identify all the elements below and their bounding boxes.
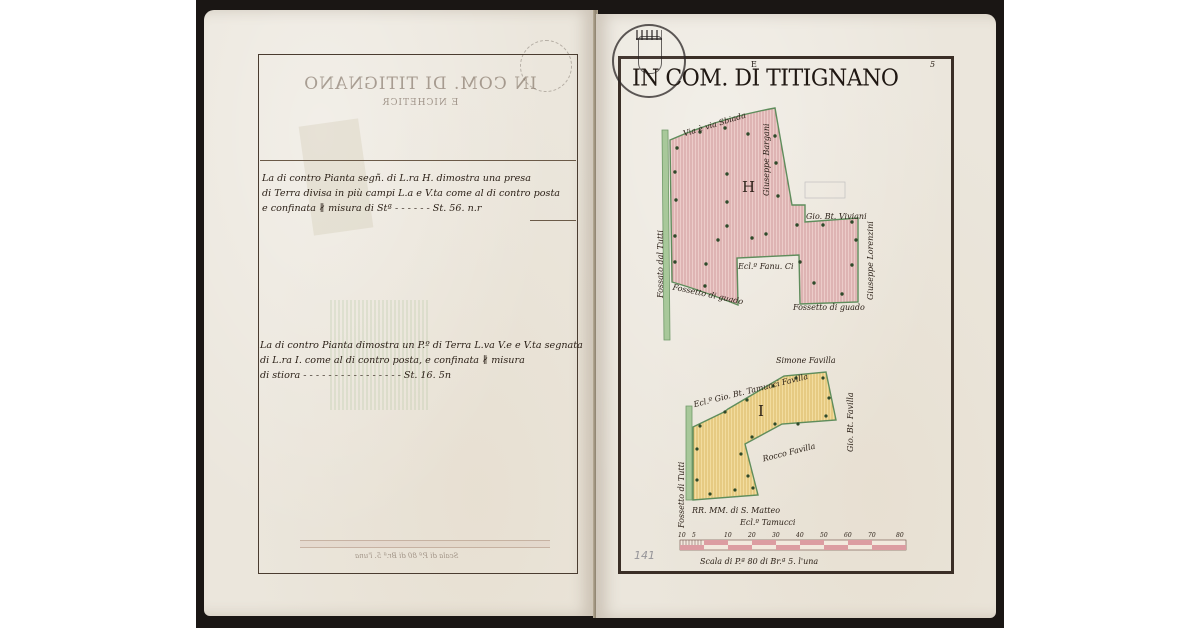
pencil-folio-number: 141 bbox=[634, 549, 655, 562]
cadastral-map bbox=[0, 0, 1200, 628]
label-H-right-top: Giuseppe Bargani bbox=[762, 123, 771, 196]
label-H-right: Giuseppe Lorenzini bbox=[866, 221, 875, 300]
label-H-bottom-right: Fossetto di guado bbox=[793, 303, 865, 312]
label-I-bottom-left: RR. MM. di S. Matteo bbox=[692, 506, 780, 515]
scale-tick: 50 bbox=[820, 532, 828, 539]
label-I-right: Gio. Bt. Favilla bbox=[846, 392, 855, 452]
label-I-left: Fossetto di Tutti bbox=[677, 462, 686, 528]
scale-tick: 60 bbox=[844, 532, 852, 539]
label-I-bottom-right: Ecl.º Tamucci bbox=[740, 518, 795, 527]
scale-tick: 20 bbox=[748, 532, 756, 539]
parcel-letter-I: I bbox=[758, 402, 764, 420]
label-H-notch-top: Gio. Bt. Viviani bbox=[806, 212, 867, 221]
scale-tick: 80 bbox=[896, 532, 904, 539]
label-H-notch: Ecl.º Fanu. Ci bbox=[738, 262, 794, 271]
scale-tick: 30 bbox=[772, 532, 780, 539]
parcel-letter-H: H bbox=[742, 178, 755, 196]
scale-tick: 40 bbox=[796, 532, 804, 539]
label-I-top: Simone Favilla bbox=[776, 356, 836, 365]
scale-tick: 10 bbox=[678, 532, 686, 539]
scale-label: Scala di P.ª 80 di Br.ª 5. l'una bbox=[700, 557, 818, 566]
ditch-strip-I bbox=[686, 406, 692, 500]
scale-tick: 70 bbox=[868, 532, 876, 539]
pencil-annotation-box bbox=[805, 182, 845, 198]
scale-tick: 10 bbox=[724, 532, 732, 539]
label-H-left: Fossato dal Tutti bbox=[656, 230, 665, 298]
scale-tick: 5 bbox=[692, 532, 696, 539]
map-scale-bar bbox=[680, 540, 906, 550]
